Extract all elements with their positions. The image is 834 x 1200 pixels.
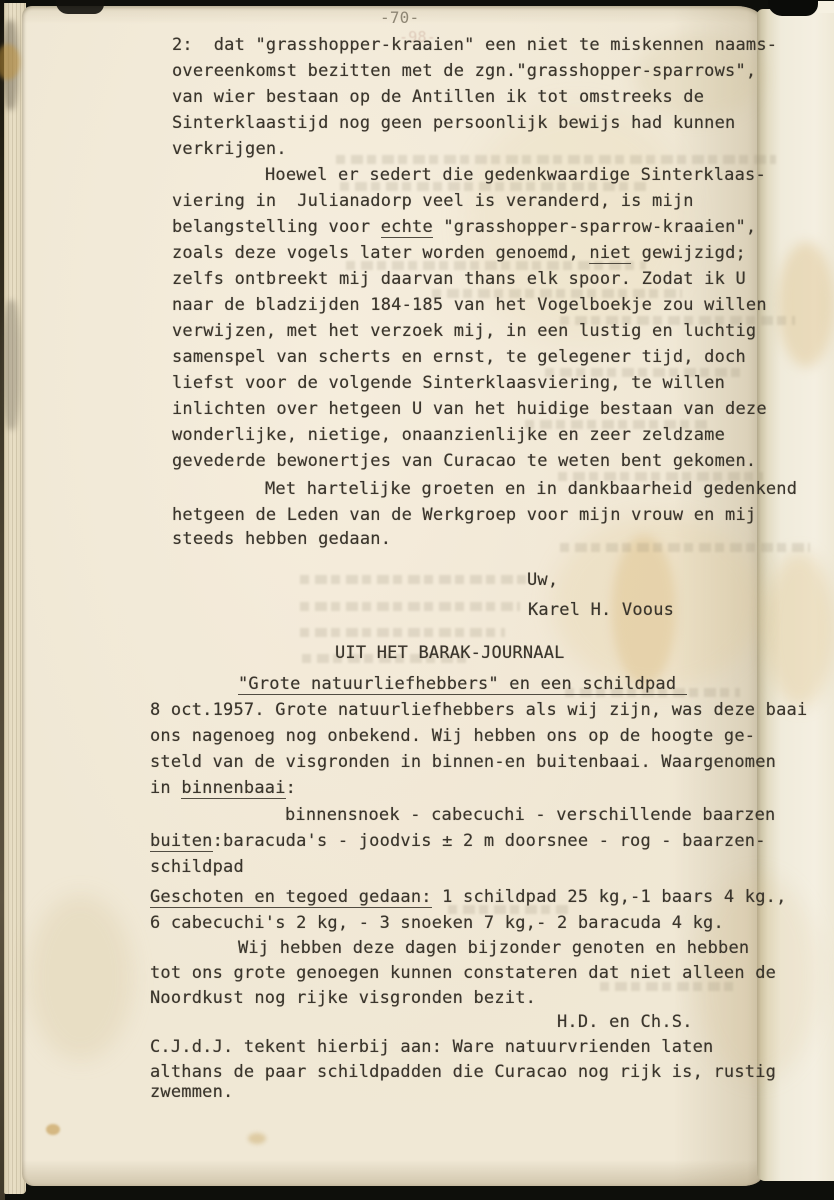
typewritten-line: ons nagenoeg nog onbekend. Wij hebben on…: [150, 726, 755, 746]
typewritten-line: gevederde bewonertjes van Curacao te wet…: [172, 451, 756, 471]
typewritten-line: verwijzen, met het verzoek mij, in een l…: [172, 321, 756, 341]
typewritten-line: liefst voor de volgende Sinterklaasvieri…: [172, 373, 725, 393]
typewritten-line: wonderlijke, nietige, onaanzienlijke en …: [172, 425, 725, 445]
closing-salutation: Uw,: [527, 570, 558, 590]
typewritten-line: Met hartelijke groeten en in dankbaarhei…: [265, 479, 797, 499]
typewritten-line: binnensnoek - cabecuchi - verschillende …: [285, 805, 775, 825]
typewritten-line: belangstelling voor echte "grasshopper-s…: [172, 217, 756, 237]
typewritten-line: steeds hebben gedaan.: [172, 529, 391, 549]
typewritten-line: 2: dat "grasshopper-kraaien" een niet te…: [172, 35, 777, 55]
typewritten-line: buiten:baracuda's - joodvis ± 2 m doorsn…: [150, 831, 766, 851]
typewritten-line: van wier bestaan op de Antillen ik tot o…: [172, 87, 704, 107]
section-heading: UIT HET BARAK-JOURNAAL: [335, 643, 565, 663]
typewritten-line: althans de paar schildpadden die Curacao…: [150, 1062, 776, 1082]
typewritten-line: inlichten over hetgeen U van het huidige…: [172, 399, 767, 419]
typewritten-line: Noordkust nog rijke visgronden bezit.: [150, 988, 536, 1008]
typewritten-line: overeenkomst bezitten met de zgn."grassh…: [172, 61, 756, 81]
typewritten-line: viering in Julianadorp veel is veranderd…: [172, 191, 694, 211]
document-scan: -70- -98- 2: dat "grasshopper-kraaien" e…: [0, 0, 834, 1200]
typewritten-line: Wij hebben deze dagen bijzonder genoten …: [238, 938, 749, 958]
page-number: -70-: [380, 8, 419, 28]
typewritten-line: samenspel van scherts en ernst, te geleg…: [172, 347, 746, 367]
typewritten-line: zelfs ontbreekt mij daarvan thans elk sp…: [172, 269, 746, 289]
typewritten-line: tot ons grote genoegen kunnen constatere…: [150, 963, 776, 983]
typewritten-line: Sinterklaastijd nog geen persoonlijk bew…: [172, 113, 735, 133]
typewritten-line: verkrijgen.: [172, 139, 287, 159]
journal-attribution: H.D. en Ch.S.: [557, 1012, 693, 1032]
section-subheading: "Grote natuurliefhebbers" en een schildp…: [238, 674, 687, 694]
typewritten-line: steld van de visgronden in binnen-en bui…: [150, 752, 776, 772]
typewritten-line: schildpad: [150, 857, 244, 877]
typewritten-line: zoals deze vogels later worden genoemd, …: [172, 243, 746, 263]
typewritten-line: in binnenbaai:: [150, 778, 296, 798]
typewritten-line: C.J.d.J. tekent hierbij aan: Ware natuur…: [150, 1037, 713, 1057]
typewritten-line: hetgeen de Leden van de Werkgroep voor m…: [172, 505, 756, 525]
typewritten-line: naar de bladzijden 184-185 van het Vogel…: [172, 295, 767, 315]
typewritten-line: Geschoten en tegoed gedaan: 1 schildpad …: [150, 887, 787, 907]
typewritten-line: 8 oct.1957. Grote natuurliefhebbers als …: [150, 700, 807, 720]
signature-name: Karel H. Voous: [528, 600, 674, 620]
typewritten-line: 6 cabecuchi's 2 kg, - 3 snoeken 7 kg,- 2…: [150, 913, 724, 933]
typewritten-line: zwemmen.: [150, 1082, 233, 1102]
text-layer: -70- -98- 2: dat "grasshopper-kraaien" e…: [0, 0, 834, 1200]
typewritten-line: Hoewel er sedert die gedenkwaardige Sint…: [265, 165, 766, 185]
